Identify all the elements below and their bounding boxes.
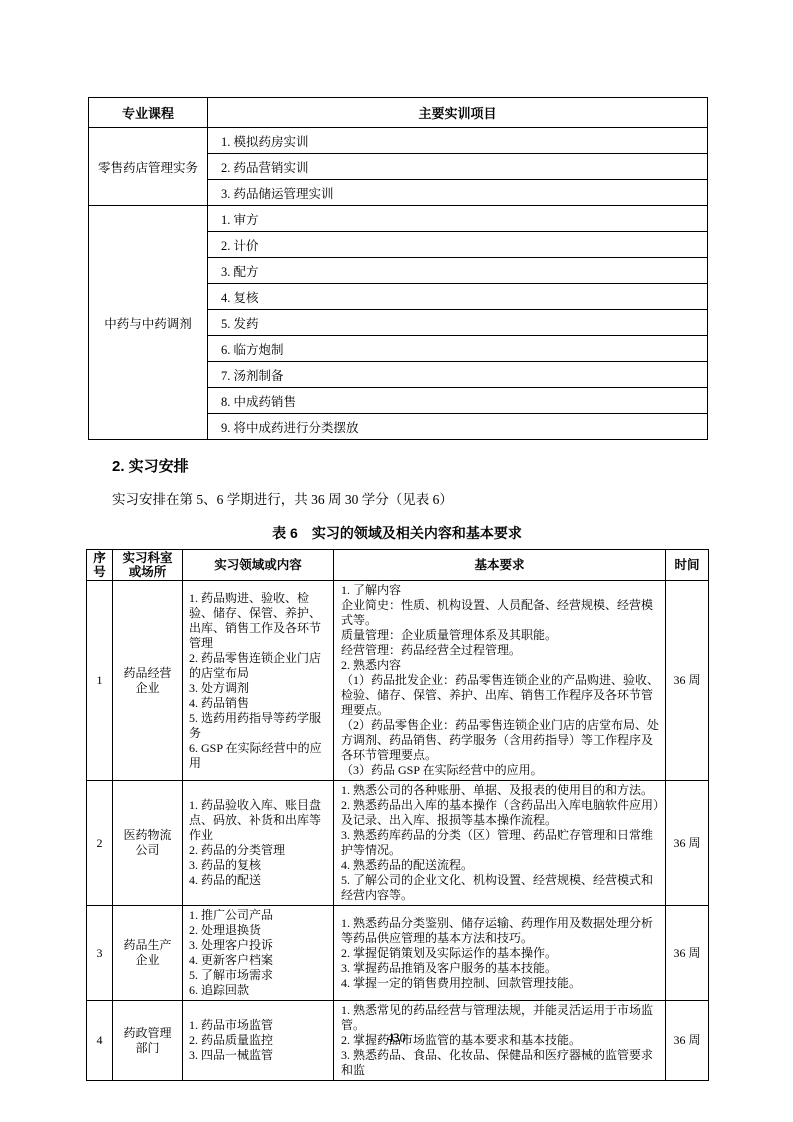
table-row: 2 医药物流 公司 1. 药品验收入库、账目盘点、码放、补货和出库等作业2. 药… <box>87 781 709 906</box>
column-header-time: 时间 <box>666 550 709 581</box>
table-header-row: 序 号 实习科室 或场所 实习领域或内容 基本要求 时间 <box>87 550 709 581</box>
project-cell: 3. 药品储运管理实训 <box>208 180 708 206</box>
project-cell: 2. 计价 <box>208 232 708 258</box>
column-header-course: 专业课程 <box>89 98 208 128</box>
project-cell: 3. 配方 <box>208 258 708 284</box>
project-cell: 6. 临方炮制 <box>208 336 708 362</box>
table-row: 零售药店管理实务 1. 模拟药房实训 <box>89 128 708 154</box>
requirements-cell: 1. 熟悉药品分类鉴别、储存运输、药理作用及数据处理分析等药品供应管理的基本方法… <box>334 906 666 1001</box>
column-header-projects: 主要实训项目 <box>208 98 708 128</box>
place-cell: 药品经营 企业 <box>113 581 183 781</box>
project-cell: 7. 汤剂制备 <box>208 362 708 388</box>
time-cell: 36 周 <box>666 581 709 781</box>
section-paragraph: 实习安排在第 5、6 学期进行，共 36 周 30 学分（见表 6） <box>112 491 453 509</box>
column-header-requirements: 基本要求 <box>334 550 666 581</box>
time-cell: 36 周 <box>666 906 709 1001</box>
project-cell: 5. 发药 <box>208 310 708 336</box>
training-projects-table: 专业课程 主要实训项目 零售药店管理实务 1. 模拟药房实训 2. 药品营销实训… <box>88 97 708 440</box>
table-row: 1 药品经营 企业 1. 药品购进、验收、检验、储存、保管、养护、出库、销售工作… <box>87 581 709 781</box>
table-header-row: 专业课程 主要实训项目 <box>89 98 708 128</box>
project-cell: 9. 将中成药进行分类摆放 <box>208 414 708 440</box>
table-row: 3 药品生产 企业 1. 推广公司产品2. 处理退换货3. 处理客户投诉4. 更… <box>87 906 709 1001</box>
content-cell: 1. 推广公司产品2. 处理退换货3. 处理客户投诉4. 更新客户档案5. 了解… <box>183 906 334 1001</box>
content-cell: 1. 药品验收入库、账目盘点、码放、补货和出库等作业2. 药品的分类管理3. 药… <box>183 781 334 906</box>
section-heading: 2. 实习安排 <box>112 457 189 477</box>
internship-table: 序 号 实习科室 或场所 实习领域或内容 基本要求 时间 1 药品经营 企业 1… <box>86 549 709 1081</box>
requirements-cell: 1. 了解内容企业简史：性质、机构设置、人员配备、经营规模、经营模式等。质量管理… <box>334 581 666 781</box>
project-cell: 1. 审方 <box>208 206 708 232</box>
content-cell: 1. 药品购进、验收、检验、储存、保管、养护、出库、销售工作及各环节管理2. 药… <box>183 581 334 781</box>
row-number-cell: 3 <box>87 906 113 1001</box>
place-cell: 药品生产 企业 <box>113 906 183 1001</box>
place-cell: 医药物流 公司 <box>113 781 183 906</box>
row-number-cell: 1 <box>87 581 113 781</box>
project-cell: 1. 模拟药房实训 <box>208 128 708 154</box>
time-cell: 36 周 <box>666 781 709 906</box>
course-name-cell: 中药与中药调剂 <box>89 206 208 440</box>
page-number: 430 <box>0 1031 793 1046</box>
document-page: 专业课程 主要实训项目 零售药店管理实务 1. 模拟药房实训 2. 药品营销实训… <box>0 0 793 1122</box>
course-name-cell: 零售药店管理实务 <box>89 128 208 206</box>
table6-title: 表 6 实习的领域及相关内容和基本要求 <box>86 523 708 543</box>
column-header-no: 序 号 <box>87 550 113 581</box>
row-number-cell: 2 <box>87 781 113 906</box>
table-row: 中药与中药调剂 1. 审方 <box>89 206 708 232</box>
project-cell: 4. 复核 <box>208 284 708 310</box>
project-cell: 8. 中成药销售 <box>208 388 708 414</box>
column-header-content: 实习领域或内容 <box>183 550 334 581</box>
project-cell: 2. 药品营销实训 <box>208 154 708 180</box>
requirements-cell: 1. 熟悉公司的各种账册、单据、及报表的使用目的和方法。2. 熟悉药品出入库的基… <box>334 781 666 906</box>
column-header-place: 实习科室 或场所 <box>113 550 183 581</box>
